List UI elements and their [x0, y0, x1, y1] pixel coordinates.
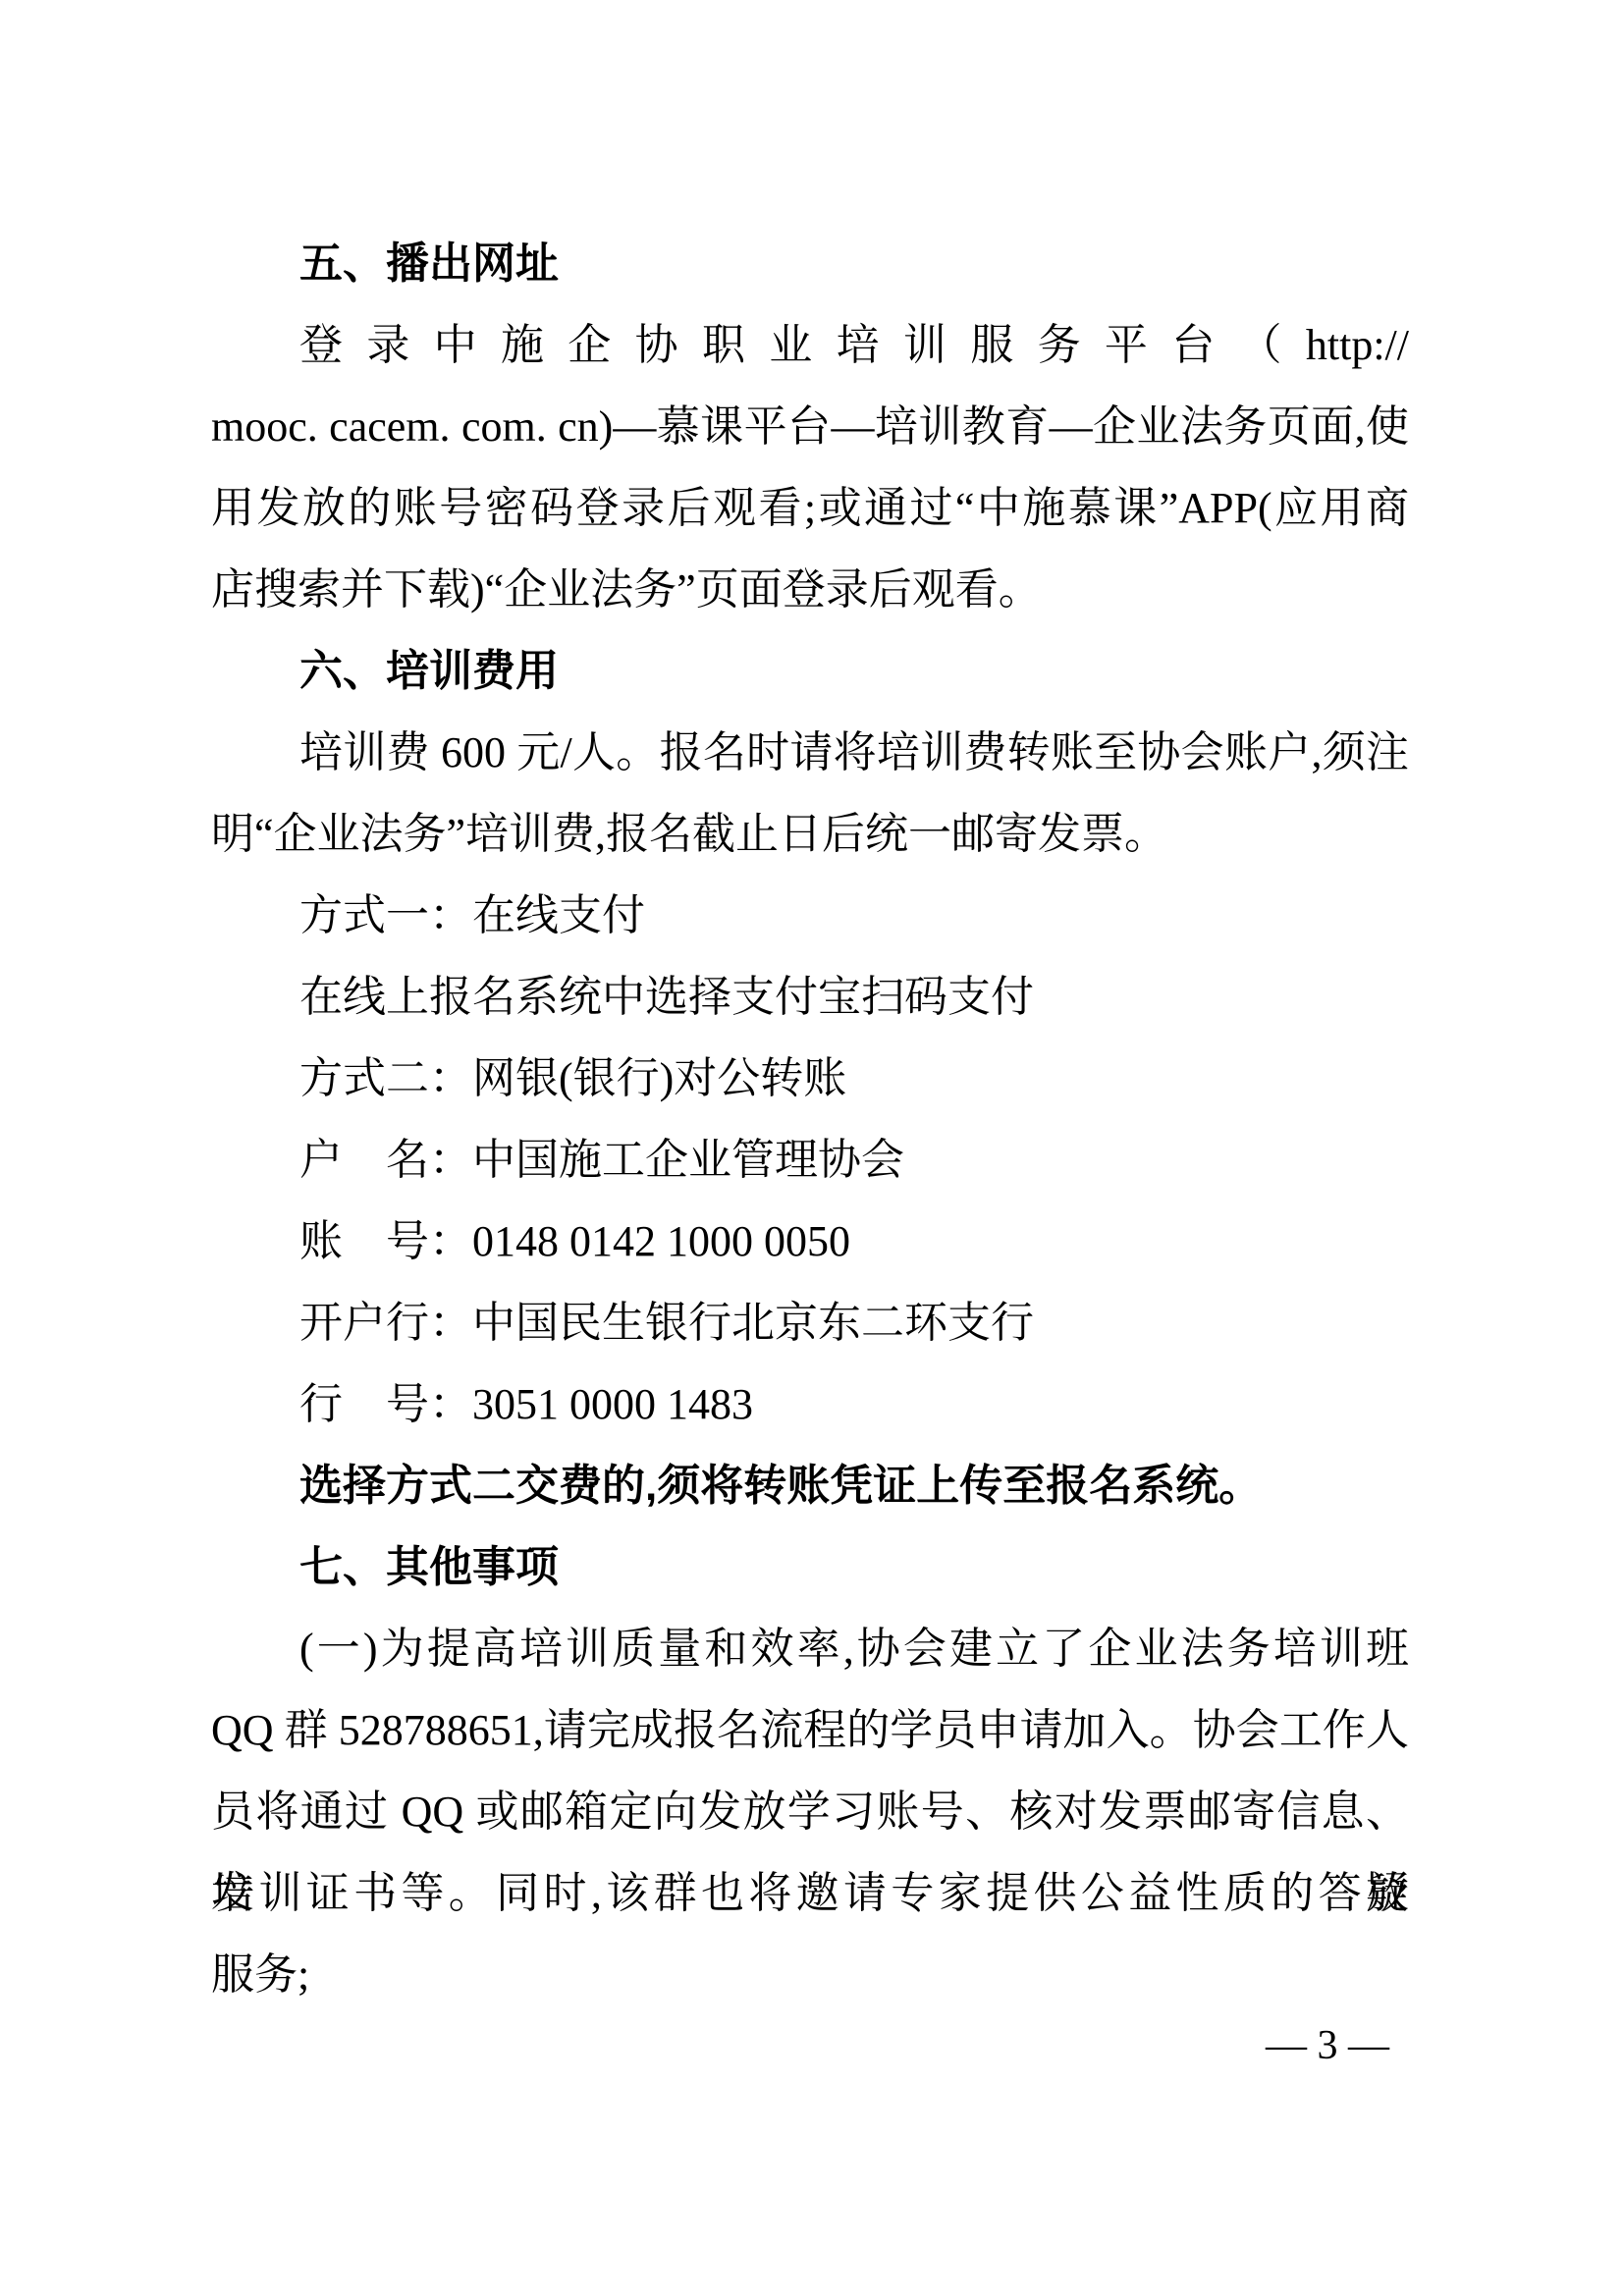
document-page: 五、播出网址 登录中施企协职业培训服务平台（http:// mooc. cace…: [211, 223, 1409, 2087]
heading-other-matters: 七、其他事项: [211, 1526, 1409, 1608]
other-matters-line-2: QQ 群 528788651,请完成报名流程的学员申请加入。协会工作人: [211, 1689, 1409, 1771]
broadcast-url-line-1: 登录中施企协职业培训服务平台（http://: [211, 304, 1409, 386]
payment-method-2-line: 方式二：网银(银行)对公转账: [211, 1038, 1409, 1119]
other-matters-line-5: 服务;: [211, 1934, 1409, 2015]
account-name-line: 户 名：中国施工企业管理协会: [211, 1119, 1409, 1201]
heading-training-fee: 六、培训费用: [211, 630, 1409, 712]
other-matters-line-1: (一)为提高培训质量和效率,协会建立了企业法务培训班: [211, 1608, 1409, 1689]
heading-broadcast-url: 五、播出网址: [211, 223, 1409, 304]
transfer-voucher-notice: 选择方式二交费的,须将转账凭证上传至报名系统。: [211, 1445, 1409, 1526]
broadcast-url-line-3: 用发放的账号密码登录后观看;或通过“中施慕课”APP(应用商: [211, 467, 1409, 549]
alipay-instruction-line: 在线上报名系统中选择支付宝扫码支付: [211, 956, 1409, 1038]
account-number-line: 账 号：0148 0142 1000 0050: [211, 1201, 1409, 1282]
page-number: — 3 —: [211, 2005, 1409, 2087]
training-fee-line-1: 培训费 600 元/人。报名时请将培训费转账至协会账户,须注: [211, 712, 1409, 793]
other-matters-line-3: 员将通过 QQ 或邮箱定向发放学习账号、核对发票邮寄信息、发放: [211, 1771, 1409, 1852]
other-matters-line-4: 培训证书等。同时,该群也将邀请专家提供公益性质的答疑: [211, 1852, 1409, 1934]
payment-method-1-line: 方式一：在线支付: [211, 875, 1409, 956]
broadcast-url-line-2: mooc. cacem. com. cn)—慕课平台—培训教育—企业法务页面,使: [211, 386, 1409, 467]
bank-name-line: 开户行：中国民生银行北京东二环支行: [211, 1282, 1409, 1363]
training-fee-line-2: 明“企业法务”培训费,报名截止日后统一邮寄发票。: [211, 793, 1409, 875]
bank-number-line: 行 号：3051 0000 1483: [211, 1363, 1409, 1445]
broadcast-url-line-4: 店搜索并下载)“企业法务”页面登录后观看。: [211, 549, 1409, 630]
